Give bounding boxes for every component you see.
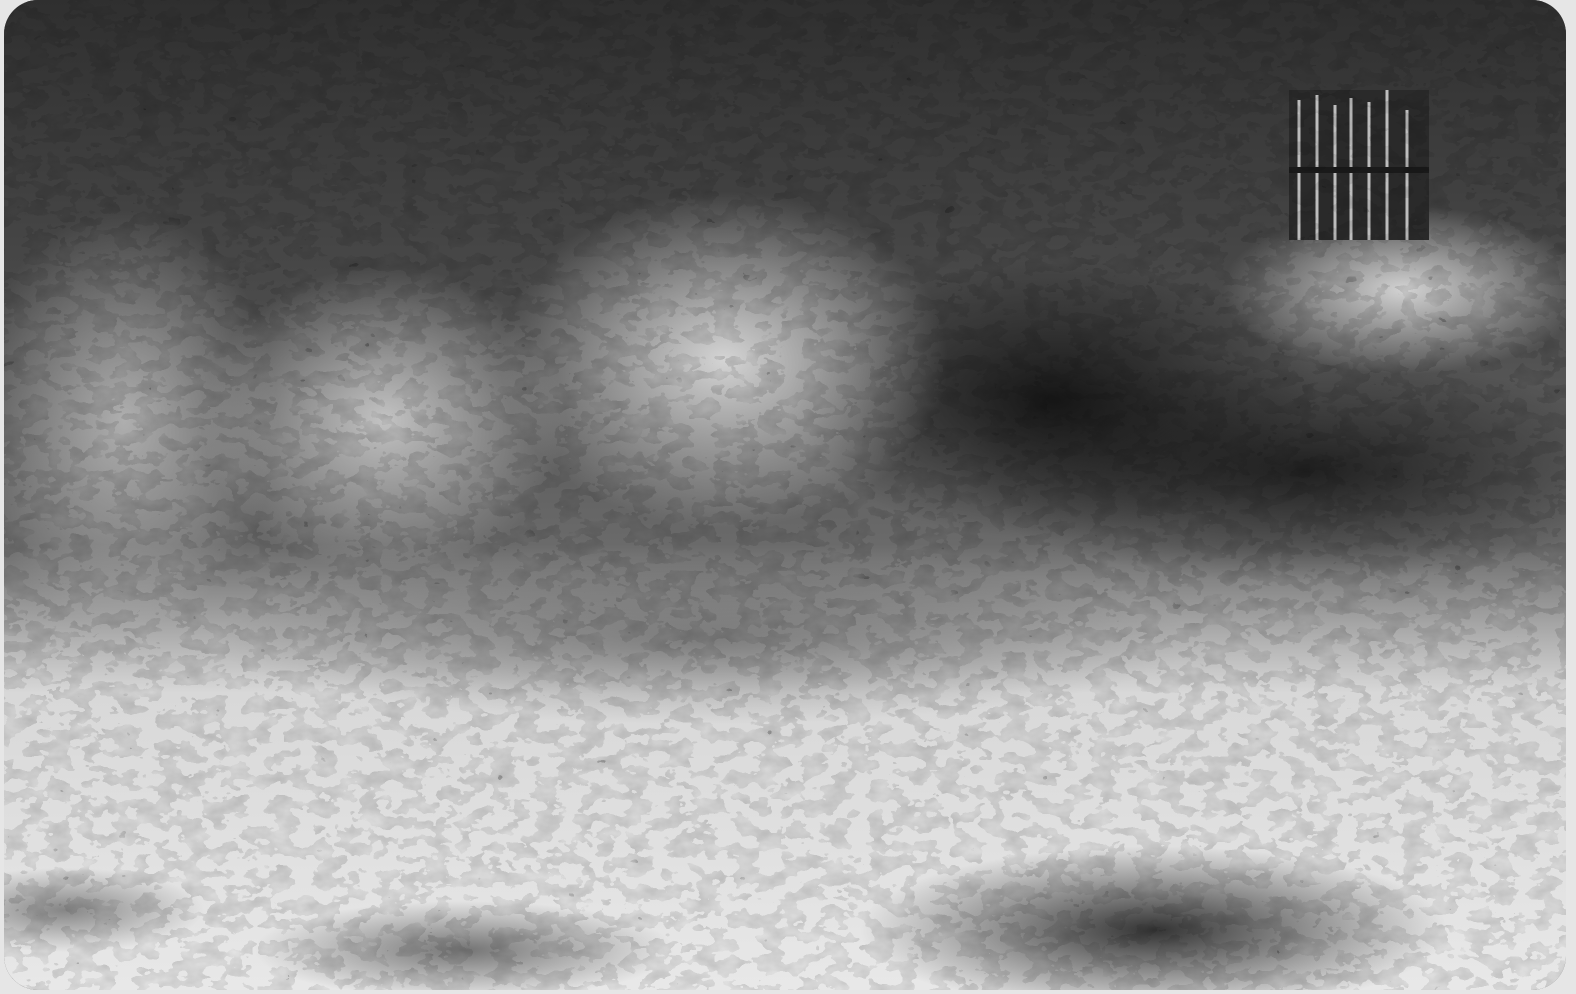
leaf-texture: [4, 0, 1566, 990]
photograph: [4, 0, 1566, 990]
